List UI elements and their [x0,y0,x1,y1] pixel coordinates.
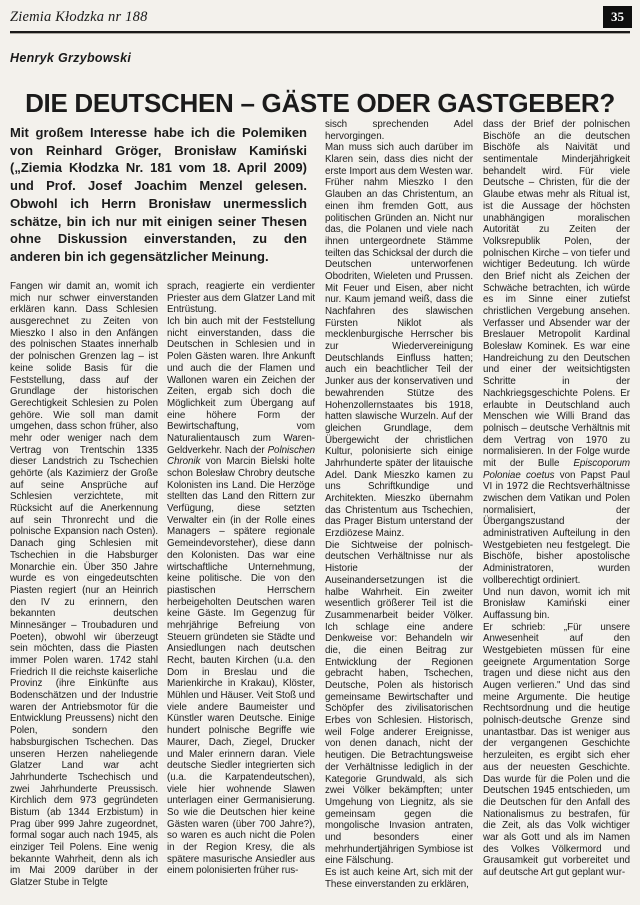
paragraph-text: Ich bin auch mit der Feststellung nicht … [167,316,315,456]
paragraph-text: sprach, reagierte ein verdienter Prieste… [167,281,315,315]
page-header: Ziemia Kłodzka nr 188 35 [10,6,632,28]
paragraph: Es ist auch keine Art, sich mit der Thes… [325,867,473,890]
paragraph: dass der Brief der polnischen Bischöfe a… [483,119,630,587]
paragraph-text: von Marcin Bielski holte schon Bolesław … [167,456,315,876]
paragraph-text: Man muss sich auch darüber im Klaren sei… [325,142,473,539]
magazine-page: Ziemia Kłodzka nr 188 35 Henryk Grzybows… [0,0,640,905]
paragraph: Und nun davon, womit ich mit Bronisław K… [483,587,630,622]
text-column-3: sisch sprechenden Adel hervorgingen. Man… [325,119,473,903]
paragraph: sprach, reagierte ein verdienter Prieste… [167,281,315,316]
paragraph-text: Fangen wir damit an, womit ich mich nur … [10,281,158,888]
article-lead: Mit großem Interesse habe ich die Polemi… [10,124,307,270]
paragraph-text: sisch sprechenden Adel hervorgingen. [325,119,473,142]
paragraph-text: Die Sichtweise der polnisch-deutschen Ve… [325,540,473,867]
paragraph: Man muss sich auch darüber im Klaren sei… [325,142,473,539]
article-title: DIE DEUTSCHEN – GÄSTE ODER GASTGEBER? [0,88,640,119]
paragraph-text: Und nun davon, womit ich mit Bronisław K… [483,587,630,621]
paragraph-text: dass der Brief der polnischen Bischöfe a… [483,119,630,469]
journal-title: Ziemia Kłodzka nr 188 [10,6,148,26]
page-number-badge: 35 [603,6,632,28]
paragraph: Die Sichtweise der polnisch-deutschen Ve… [325,540,473,867]
paragraph: Ich bin auch mit der Feststellung nicht … [167,316,315,877]
paragraph-text: Es ist auch keine Art, sich mit der Thes… [325,867,473,890]
paragraph: Er schrieb: „Für unsere Anwesenheit auf … [483,622,630,879]
text-column-2: sprach, reagierte ein verdienter Prieste… [167,281,315,903]
paragraph: sisch sprechenden Adel hervorgingen. [325,119,473,142]
text-column-1: Fangen wir damit an, womit ich mich nur … [10,281,158,903]
paragraph-text: Er schrieb: „Für unsere Anwesenheit auf … [483,622,630,878]
header-rule [10,31,630,34]
paragraph: Fangen wir damit an, womit ich mich nur … [10,281,158,889]
text-column-4: dass der Brief der polnischen Bischöfe a… [483,119,630,903]
paragraph-text: von Papst Paul VI in 1972 die Rechtsverh… [483,470,630,586]
author-byline: Henryk Grzybowski [10,51,131,65]
